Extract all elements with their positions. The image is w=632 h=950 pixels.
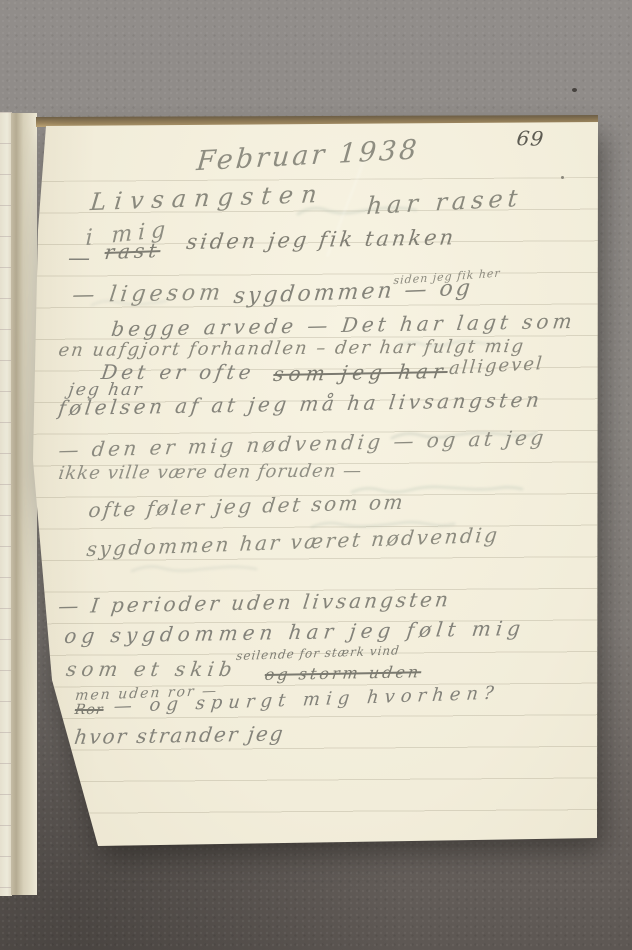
- handwriting-strikethrough: og storm uden: [264, 662, 423, 684]
- handwriting-line: hvor strander jeg: [73, 721, 286, 749]
- handwriting-line: siden jeg fik tanken: [185, 225, 458, 254]
- handwriting-strikethrough: som jeg har: [272, 359, 449, 386]
- page-wrap: 69 Februar 1938 Livsangsten har raset i …: [0, 0, 632, 950]
- ink-dot: [561, 176, 564, 179]
- handwriting-line: — ligesom: [71, 280, 226, 308]
- handwriting-line: som et skib: [65, 657, 239, 681]
- page-number: 69: [515, 126, 545, 151]
- handwriting-dash: —: [68, 246, 90, 271]
- handwriting-strikethrough: rast: [103, 238, 161, 264]
- notebook-page: 69 Februar 1938 Livsangsten har raset i …: [0, 0, 632, 950]
- photo-of-notebook: { "page": { "number": "69" }, "manuscrip…: [0, 0, 632, 950]
- handwriting-strikethrough: Ror: [74, 702, 105, 718]
- handwriting-line: ikke ville være den foruden —: [57, 460, 363, 484]
